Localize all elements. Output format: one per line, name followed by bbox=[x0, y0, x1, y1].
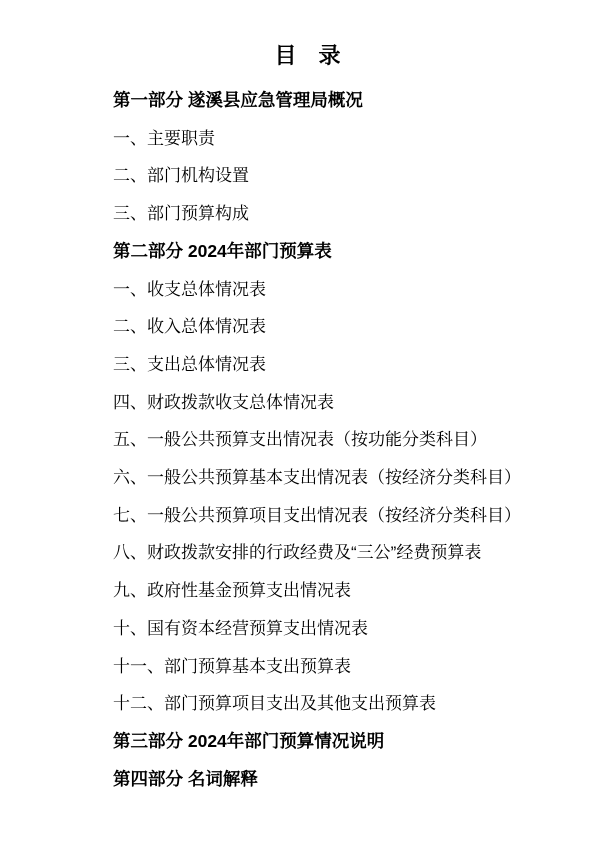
toc-item: 二、收入总体情况表 bbox=[113, 308, 595, 346]
toc-item: 四、财政拨款收支总体情况表 bbox=[113, 384, 595, 422]
toc-item: 九、政府性基金预算支出情况表 bbox=[113, 572, 595, 610]
table-of-contents: 第一部分 遂溪县应急管理局概况一、主要职责二、部门机构设置三、部门预算构成第二部… bbox=[0, 82, 615, 798]
toc-item: 十一、部门预算基本支出预算表 bbox=[113, 648, 595, 686]
toc-item: 七、一般公共预算项目支出情况表（按经济分类科目） bbox=[113, 497, 595, 535]
toc-item: 十、国有资本经营预算支出情况表 bbox=[113, 610, 595, 648]
toc-part-heading: 第三部分 2024年部门预算情况说明 bbox=[113, 723, 595, 761]
toc-item: 三、支出总体情况表 bbox=[113, 346, 595, 384]
toc-item: 三、部门预算构成 bbox=[113, 195, 595, 233]
toc-item: 五、一般公共预算支出情况表（按功能分类科目） bbox=[113, 421, 595, 459]
toc-part-heading: 第二部分 2024年部门预算表 bbox=[113, 233, 595, 271]
toc-item: 二、部门机构设置 bbox=[113, 157, 595, 195]
toc-item: 十二、部门预算项目支出及其他支出预算表 bbox=[113, 685, 595, 723]
page-title: 目 录 bbox=[0, 0, 615, 70]
toc-item: 一、收支总体情况表 bbox=[113, 271, 595, 309]
toc-part-heading: 第一部分 遂溪县应急管理局概况 bbox=[113, 82, 595, 120]
toc-item: 一、主要职责 bbox=[113, 120, 595, 158]
toc-item: 六、一般公共预算基本支出情况表（按经济分类科目） bbox=[113, 459, 595, 497]
document-page: 目 录 第一部分 遂溪县应急管理局概况一、主要职责二、部门机构设置三、部门预算构… bbox=[0, 0, 615, 859]
toc-item: 八、财政拨款安排的行政经费及“三公”经费预算表 bbox=[113, 534, 595, 572]
toc-part-heading: 第四部分 名词解释 bbox=[113, 761, 595, 799]
